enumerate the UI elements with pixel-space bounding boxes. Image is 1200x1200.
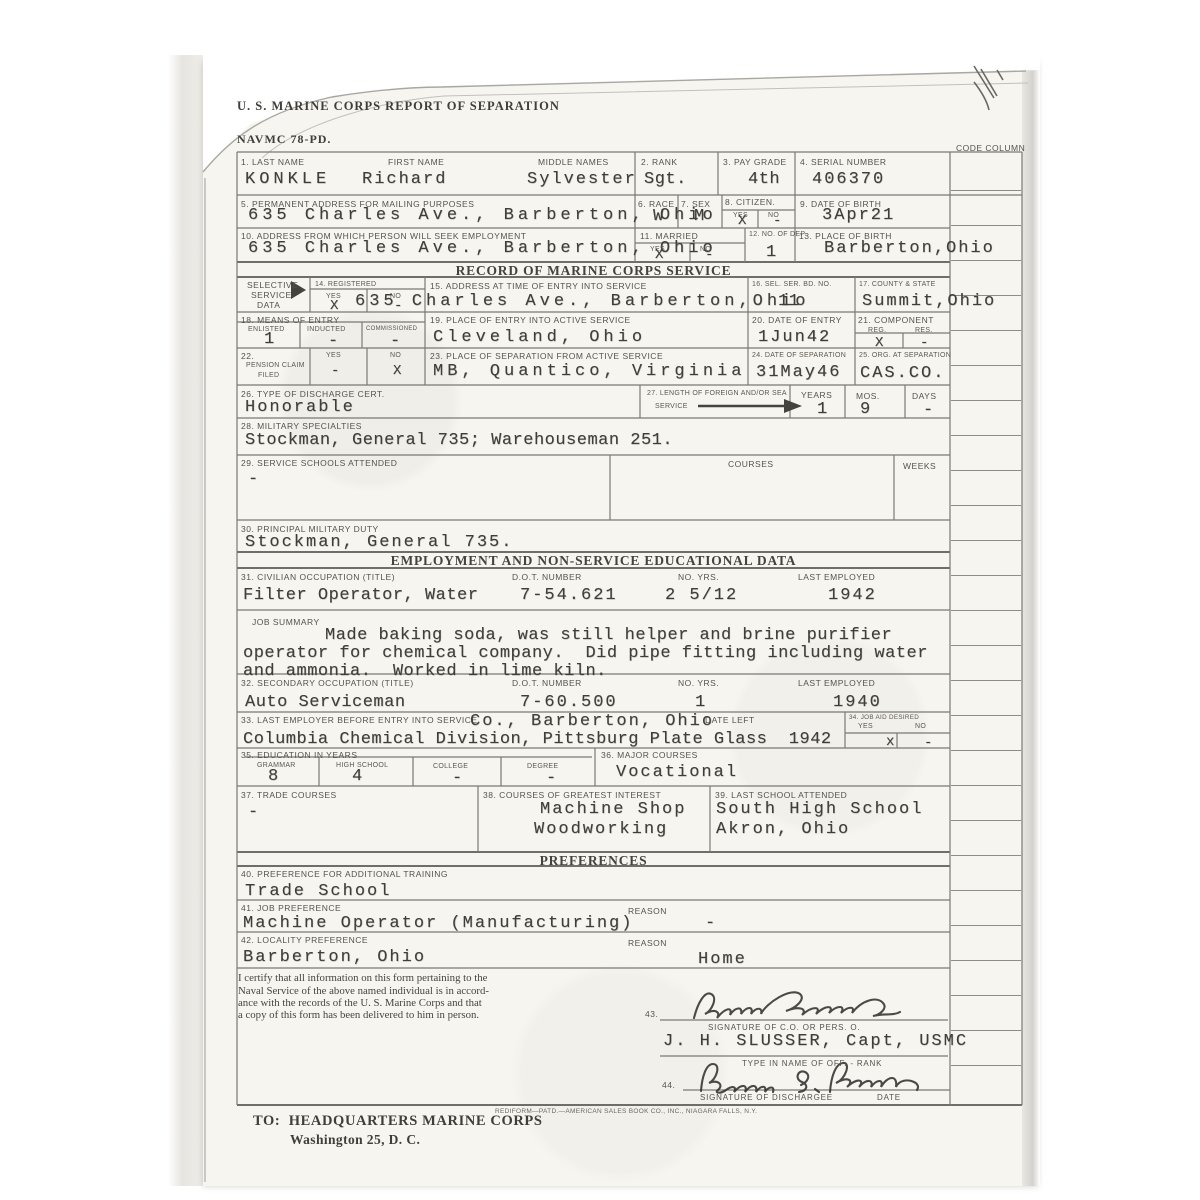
secondary-dot-label: D.O.T. NUMBER xyxy=(512,678,582,688)
rank-label: 2. RANK xyxy=(641,157,678,167)
first-name-value: Richard xyxy=(362,170,447,189)
training-preference-label: 40. PREFERENCE FOR ADDITIONAL TRAINING xyxy=(241,869,448,879)
separation-org-value: CAS.CO. xyxy=(860,364,945,383)
foreign-days-label: DAYS xyxy=(912,391,937,401)
secondary-occupation-value: Auto Serviceman xyxy=(245,693,406,712)
education-grammar-value: 8 xyxy=(268,767,279,786)
secondary-yrs-value: 1 xyxy=(695,693,706,712)
civilian-yrs-value: 2 5/12 xyxy=(665,586,738,605)
service-section-title: RECORD OF MARINE CORPS SERVICE xyxy=(237,263,950,279)
education-college-label: COLLEGE xyxy=(433,763,468,770)
board-number-value: 11 xyxy=(778,292,799,311)
job-summary-line1: Made baking soda, was still helper and b… xyxy=(325,626,892,645)
scan-right-edge xyxy=(1022,62,1040,1186)
last-school-line2: Akron, Ohio xyxy=(716,820,850,839)
code-column-label: CODE COLUMN xyxy=(956,143,1025,153)
last-employer-overflow: Co., Barberton, Ohio xyxy=(470,712,714,731)
entry-date-label: 20. DATE OF ENTRY xyxy=(752,315,842,325)
registered-label: 14. REGISTERED xyxy=(315,281,376,288)
scanned-separation-form: U. S. MARINE CORPS REPORT OF SEPARATION … xyxy=(0,0,1200,1200)
dischargee-signature-caption: SIGNATURE OF DISCHARGEE xyxy=(700,1093,833,1102)
civilian-yrs-label: NO. YRS. xyxy=(678,572,719,582)
military-specialties-label: 28. MILITARY SPECIALTIES xyxy=(241,421,362,431)
place-of-birth-value: Barberton,Ohio xyxy=(824,239,995,258)
interest-courses-line2: Woodworking xyxy=(534,820,668,839)
job-preference-value: Machine Operator (Manufacturing) xyxy=(243,914,633,933)
foreign-service-label1: 27. LENGTH OF FOREIGN AND/OR SEA xyxy=(647,390,787,397)
county-state-label: 17. COUNTY & STATE xyxy=(859,281,936,288)
job-preference-label: 41. JOB PREFERENCE xyxy=(241,903,341,913)
job-summary-label: JOB SUMMARY xyxy=(252,617,320,627)
job-aid-no-label: NO xyxy=(915,723,926,730)
pay-grade-value: 4th xyxy=(748,170,780,189)
last-name-label: 1. LAST NAME xyxy=(241,157,304,167)
component-reg-label: REG. xyxy=(868,327,886,334)
signature-date-label: DATE xyxy=(877,1093,901,1102)
rank-value: Sgt. xyxy=(644,170,687,189)
separation-date-label: 24. DATE OF SEPARATION xyxy=(752,352,846,359)
job-aid-yes-label: YES xyxy=(858,723,873,730)
pension-no-label: NO xyxy=(390,352,401,359)
selective-service-line3: DATA xyxy=(257,300,280,310)
trade-courses-label: 37. TRADE COURSES xyxy=(241,790,337,800)
foreign-service-label2: SERVICE xyxy=(655,403,688,410)
employment-section-title: EMPLOYMENT AND NON-SERVICE EDUCATIONAL D… xyxy=(237,553,950,569)
county-state-value: Summit,Ohio xyxy=(862,292,996,311)
entry-place-value: Cleveland, Ohio xyxy=(433,328,646,347)
footer-to-line1: TO: HEADQUARTERS MARINE CORPS xyxy=(253,1113,543,1130)
form-title: U. S. MARINE CORPS REPORT OF SEPARATION xyxy=(237,99,560,114)
first-name-label: FIRST NAME xyxy=(388,157,444,167)
code-column-grid xyxy=(951,190,1021,1098)
officer-typed-name: J. H. SLUSSER, Capt, USMC xyxy=(663,1032,968,1051)
last-employer-value: Columbia Chemical Division, Pittsburg Pl… xyxy=(243,730,832,749)
civilian-last-value: 1942 xyxy=(828,586,877,605)
selective-service-line2: SERVICE xyxy=(251,290,292,300)
means-of-entry-label: 18. MEANS OF ENTRY xyxy=(241,315,340,325)
pension-no-value: X xyxy=(393,363,402,379)
entry-address-value: 635 Charles Ave., Barberton,Ohio xyxy=(355,292,809,311)
married-label: 11. MARRIED xyxy=(640,231,698,241)
pension-yes-value: - xyxy=(331,363,340,379)
pension-label-line2: FILED xyxy=(258,372,279,379)
secondary-last-value: 1940 xyxy=(833,693,882,712)
foreign-months-value: 9 xyxy=(860,400,871,419)
board-number-label: 16. SEL. SER. BD. NO. xyxy=(752,281,831,288)
last-name-value: KONKLE xyxy=(245,170,330,189)
separation-org-label: 25. ORG. AT SEPARATION xyxy=(859,352,951,359)
locality-preference-label: 42. LOCALITY PREFERENCE xyxy=(241,935,368,945)
citizen-label: 8. CITIZEN. xyxy=(725,197,775,207)
preferences-section-title: PREFERENCES xyxy=(237,853,950,869)
weeks-column-label: WEEKS xyxy=(903,461,936,471)
foreign-years-value: 1 xyxy=(817,400,828,419)
selective-service-line1: SELECTIVE xyxy=(247,280,298,290)
race-value: W xyxy=(653,207,664,226)
serial-number-value: 406370 xyxy=(812,170,885,189)
secondary-dot-value: 7-60.500 xyxy=(520,693,618,712)
civilian-last-label: LAST EMPLOYED xyxy=(798,572,875,582)
married-yes-value: X xyxy=(655,247,664,263)
citizen-no-value: - xyxy=(773,213,782,229)
scan-left-edge xyxy=(168,55,204,1186)
civilian-occupation-label: 31. CIVILIAN OCCUPATION (TITLE) xyxy=(241,572,395,582)
secondary-occupation-label: 32. SECONDARY OCCUPATION (TITLE) xyxy=(241,678,414,688)
job-reason-value: - xyxy=(705,914,716,933)
civilian-dot-value: 7-54.621 xyxy=(520,586,618,605)
separation-place-label: 23. PLACE OF SEPARATION FROM ACTIVE SERV… xyxy=(430,351,663,361)
component-reg-value: X xyxy=(875,335,884,351)
major-courses-label: 36. MAJOR COURSES xyxy=(601,750,698,760)
pay-grade-label: 3. PAY GRADE xyxy=(723,157,787,167)
interest-courses-label: 38. COURSES OF GREATEST INTEREST xyxy=(483,790,661,800)
pension-label-line1: PENSION CLAIM xyxy=(246,362,305,369)
married-no-value: - xyxy=(705,247,714,263)
courses-column-label: COURSES xyxy=(728,459,774,469)
service-schools-value: - xyxy=(248,470,259,489)
secondary-last-label: LAST EMPLOYED xyxy=(798,678,875,688)
certification-line1: I certify that all information on this f… xyxy=(238,972,487,985)
training-preference-value: Trade School xyxy=(245,882,391,901)
separation-place-value: MB, Quantico, Virginia xyxy=(433,362,745,381)
dischargee-signature-number: 44. xyxy=(662,1080,675,1090)
component-label: 21. COMPONENT xyxy=(858,315,934,325)
secondary-yrs-label: NO. YRS. xyxy=(678,678,719,688)
officer-signature-caption: SIGNATURE OF C.O. OR PERS. O. xyxy=(708,1023,860,1032)
officer-signature-number: 43. xyxy=(645,1009,658,1019)
employment-address-value: 635 Charles Ave., Barberton, Ohio xyxy=(248,239,717,258)
service-schools-label: 29. SERVICE SCHOOLS ATTENDED xyxy=(241,458,397,468)
date-of-birth-value: 3Apr21 xyxy=(822,206,895,225)
form-number: NAVMC 78-PD. xyxy=(237,132,331,147)
entry-place-label: 19. PLACE OF ENTRY INTO ACTIVE SERVICE xyxy=(430,315,631,325)
means-commissioned-value: - xyxy=(390,332,401,351)
entry-address-label: 15. ADDRESS AT TIME OF ENTRY INTO SERVIC… xyxy=(430,281,647,291)
education-highschool-value: 4 xyxy=(352,767,363,786)
job-aid-label: 34. JOB AID DESIRED xyxy=(849,714,919,721)
pension-number: 22. xyxy=(241,351,254,361)
pension-yes-label: YES xyxy=(326,352,341,359)
military-specialties-value: Stockman, General 735; Warehouseman 251. xyxy=(245,431,673,450)
component-res-label: RES. xyxy=(915,327,933,334)
entry-date-value: 1Jun42 xyxy=(758,328,831,347)
middle-names-label: MIDDLE NAMES xyxy=(538,157,609,167)
last-school-label: 39. LAST SCHOOL ATTENDED xyxy=(715,790,847,800)
officer-type-caption: TYPE IN NAME OF OFF. - RANK xyxy=(742,1059,882,1068)
job-reason-label: REASON xyxy=(628,906,667,916)
registered-yes-value: X xyxy=(330,298,339,314)
means-inducted-value: - xyxy=(328,332,339,351)
locality-reason-value: Home xyxy=(698,950,747,969)
foreign-years-label: YEARS xyxy=(801,390,832,400)
date-left-label: DATE LEFT xyxy=(705,715,755,725)
middle-names-value: Sylvester xyxy=(527,170,637,189)
education-label: 35. EDUCATION IN YEARS xyxy=(241,750,358,760)
principal-duty-value: Stockman, General 735. xyxy=(245,533,513,552)
job-summary-line2: operator for chemical company. Did pipe … xyxy=(243,644,928,663)
certification-line4: a copy of this form has been delivered t… xyxy=(238,1009,479,1022)
education-college-value: - xyxy=(452,769,463,788)
locality-reason-label: REASON xyxy=(628,938,667,948)
last-employer-label: 33. LAST EMPLOYER BEFORE ENTRY INTO SERV… xyxy=(241,715,478,725)
sex-value: M xyxy=(694,207,705,226)
component-res-value: - xyxy=(920,335,929,351)
interest-courses-line1: Machine Shop xyxy=(540,800,686,819)
foreign-days-value: - xyxy=(923,401,934,420)
major-courses-value: Vocational xyxy=(616,763,738,782)
civilian-occupation-value: Filter Operator, Water xyxy=(243,586,478,605)
separation-date-value: 31May46 xyxy=(756,363,841,382)
discharge-type-value: Honorable xyxy=(245,398,355,417)
locality-preference-value: Barberton, Ohio xyxy=(243,948,426,967)
citizen-yes-value: X xyxy=(738,213,747,229)
job-aid-yes-value: x xyxy=(886,734,895,750)
means-enlisted-value: 1 xyxy=(264,330,275,349)
education-degree-value: - xyxy=(546,769,557,788)
civilian-dot-label: D.O.T. NUMBER xyxy=(512,572,582,582)
certification-line2: Naval Service of the above named individ… xyxy=(238,985,489,998)
dependents-value: 1 xyxy=(766,243,777,262)
serial-number-label: 4. SERIAL NUMBER xyxy=(800,157,887,167)
last-school-line1: South High School xyxy=(716,800,923,819)
job-aid-no-value: - xyxy=(924,735,933,751)
certification-line3: ance with the records of the U. S. Marin… xyxy=(238,997,482,1010)
footer-to-line2: Washington 25, D. C. xyxy=(290,1132,420,1148)
means-inducted-label: INDUCTED xyxy=(307,326,346,333)
trade-courses-value: - xyxy=(248,803,259,822)
